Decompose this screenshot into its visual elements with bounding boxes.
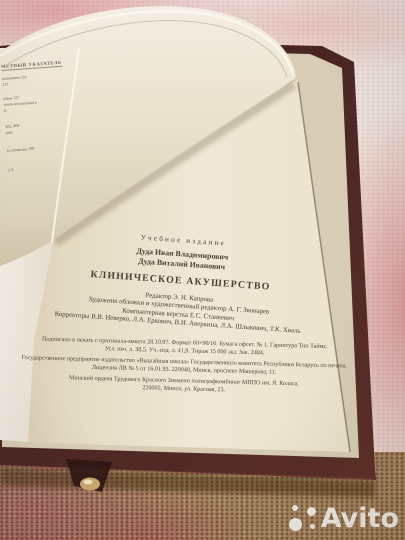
avito-logo-icon [289, 505, 316, 532]
metal-clip-glint-highlight [84, 480, 93, 485]
avito-watermark: Avito [289, 505, 399, 532]
avito-watermark-label: Avito [321, 505, 399, 532]
index-page-text: МЕТНЫЙ УКАЗАТЕЛЬ ношением 324 217 атым 1… [1, 59, 82, 172]
photo-canvas: МЕТНЫЙ УКАЗАТЕЛЬ ношением 324 217 атым 1… [0, 0, 405, 540]
index-fragment-line: ы элементы 709 [7, 142, 81, 152]
imprint-block: Подписано в печать с оригинала-макета 28… [19, 336, 350, 398]
